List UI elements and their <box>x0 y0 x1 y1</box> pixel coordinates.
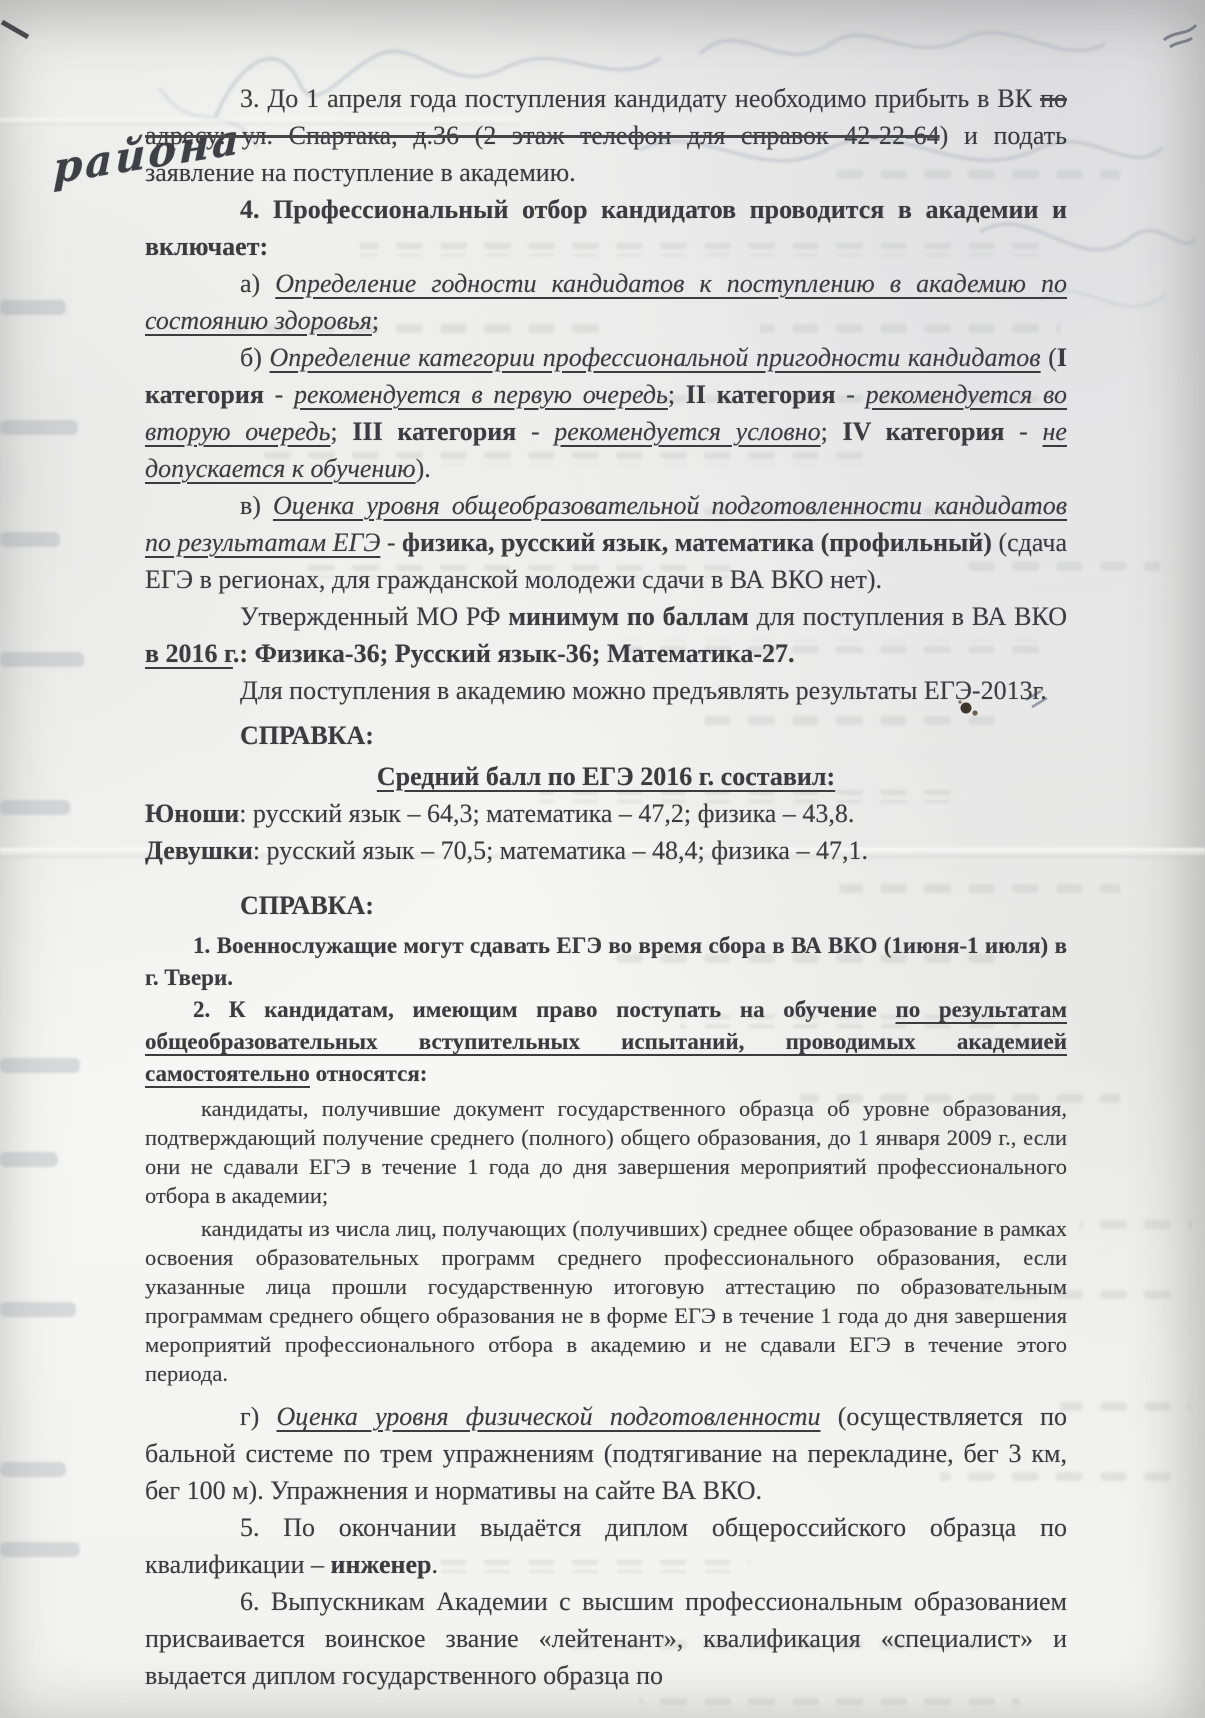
text-segment: инженер <box>331 1550 432 1579</box>
text-segment: - <box>380 528 402 557</box>
text-segment: ; <box>330 417 352 446</box>
spravka-1-heading: СПРАВКА: <box>145 717 1067 754</box>
text-segment: - <box>1005 417 1043 446</box>
text-segment: ; <box>372 306 379 335</box>
item-v-ege-assessment: в) Оценка уровня общеобразовательной под… <box>145 487 1067 598</box>
text-segment: 2. К кандидатам, имеющим право поступать… <box>193 997 895 1022</box>
text-segment: кандидаты, получившие документ государст… <box>145 1096 1067 1208</box>
text-segment: Для поступления в академию можно предъяв… <box>240 676 1047 705</box>
text-segment: физика, русский язык, математика (профил… <box>402 528 992 557</box>
girls-scores-line: Девушки: русский язык – 70,5; математика… <box>145 832 1067 869</box>
text-segment: - <box>516 417 554 446</box>
text-segment: ; <box>668 380 686 409</box>
text-segment: . <box>432 1550 439 1579</box>
paragraph-5-diploma: 5. По окончании выдаётся диплом общеросс… <box>145 1509 1067 1583</box>
text-segment: III категория <box>352 417 516 446</box>
paragraph-3-arrival: 3. До 1 апреля года поступления кандидат… <box>145 80 1067 191</box>
item-g-physical-fitness: г) Оценка уровня физической подготовленн… <box>145 1398 1067 1509</box>
text-segment: : русский язык – 70,5; математика – 48,4… <box>253 836 868 865</box>
scanned-document-page: района 3. До 1 апреля года поступления к… <box>0 0 1205 1718</box>
text-segment: : русский язык – 64,3; математика – 47,2… <box>239 799 854 828</box>
paragraph-ege-2013: Для поступления в академию можно предъяв… <box>145 672 1067 709</box>
text-segment: для поступления в ВА ВКО <box>749 602 1067 631</box>
note-item-1-servicemen: 1. Военнослужащие могут сдавать ЕГЭ во в… <box>145 930 1067 994</box>
text-segment: 4. Профессиональный отбор кандидатов про… <box>145 195 1067 261</box>
boys-scores-line: Юноши: русский язык – 64,3; математика –… <box>145 795 1067 832</box>
text-segment: Оценка уровня физической подготовленност… <box>277 1402 821 1431</box>
text-segment: кандидаты из числа лиц, получающих (полу… <box>145 1216 1067 1386</box>
text-segment: Определение категории профессиональной п… <box>270 343 1041 372</box>
text-segment: Утвержденный МО РФ <box>240 602 508 631</box>
text-segment: относятся: <box>310 1061 428 1086</box>
text-segment: 1. Военнослужащие могут сдавать ЕГЭ во в… <box>145 933 1067 990</box>
spravka-2-heading: СПРАВКА: <box>145 887 1067 924</box>
text-segment: б) <box>240 343 270 372</box>
text-segment: рекомендуется условно <box>554 417 820 446</box>
text-segment: IV категория <box>843 417 1005 446</box>
text-segment: II категория <box>686 380 836 409</box>
text-segment: в 2016 г <box>145 639 233 668</box>
document-body: 3. До 1 апреля года поступления кандидат… <box>0 0 1205 1718</box>
text-segment: г) <box>240 1402 277 1431</box>
text-segment: рекомендуется в первую очередь <box>294 380 668 409</box>
text-segment: - <box>836 380 866 409</box>
paragraph-6-graduates: 6. Выпускникам Академии с высшим професс… <box>145 1583 1067 1694</box>
text-segment: а) <box>240 269 275 298</box>
text-segment: - <box>264 380 294 409</box>
paragraph-4-selection: 4. Профессиональный отбор кандидатов про… <box>145 191 1067 265</box>
text-segment: ( <box>1041 343 1057 372</box>
text-segment: 6. Выпускникам Академии с высшим професс… <box>145 1587 1067 1690</box>
candidates-clause-2: кандидаты из числа лиц, получающих (полу… <box>145 1214 1067 1388</box>
candidates-clause-1: кандидаты, получившие документ государст… <box>145 1094 1067 1210</box>
text-segment: Физика-36; Русский язык-36; Математика-2… <box>255 639 795 668</box>
average-score-heading-text: Средний балл по ЕГЭ 2016 г. составил: <box>377 762 835 791</box>
text-segment: ). <box>416 454 431 483</box>
text-segment: Определение годности кандидатов к поступ… <box>145 269 1067 335</box>
text-segment: в) <box>240 491 273 520</box>
text-segment: ; <box>821 417 843 446</box>
item-a-health: а) Определение годности кандидатов к пос… <box>145 265 1067 339</box>
item-b-categories: б) Определение категории профессионально… <box>145 339 1067 487</box>
text-segment: Девушки <box>145 836 253 865</box>
text-segment: .: <box>233 639 255 668</box>
average-score-heading: Средний балл по ЕГЭ 2016 г. составил: <box>145 758 1067 795</box>
text-segment: 3. До 1 апреля года поступления кандидат… <box>240 84 1040 113</box>
text-segment: Юноши <box>145 799 239 828</box>
text-segment: 5. По окончании выдаётся диплом общеросс… <box>145 1513 1067 1579</box>
text-segment: минимум по баллам <box>508 602 748 631</box>
note-item-2-entrance-tests: 2. К кандидатам, имеющим право поступать… <box>145 994 1067 1090</box>
paragraph-minimum-scores: Утвержденный МО РФ минимум по баллам для… <box>145 598 1067 672</box>
